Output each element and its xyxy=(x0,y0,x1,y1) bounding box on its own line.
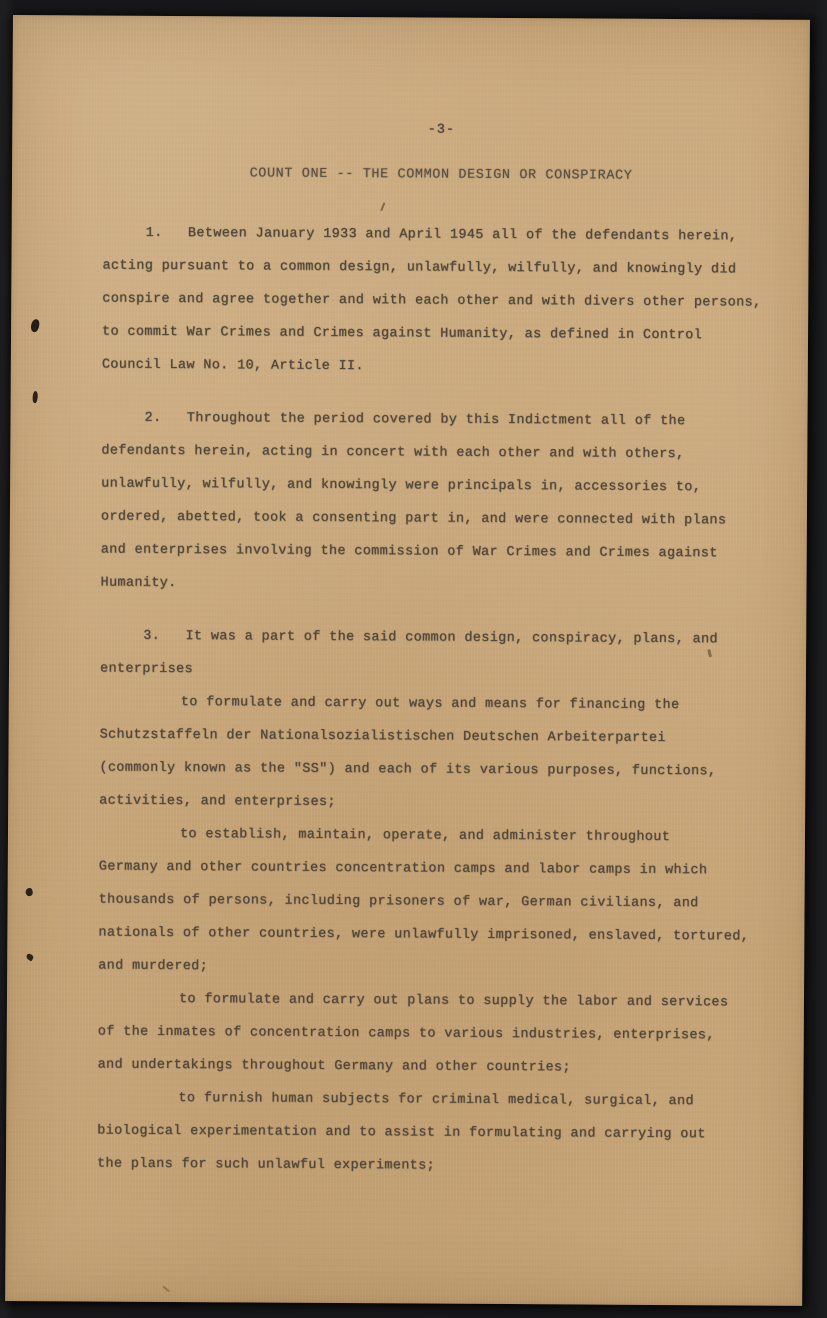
text-line: to furnish human subjects for criminal m… xyxy=(97,1082,773,1119)
text-line: defendants herein, acting in concert wit… xyxy=(101,435,777,472)
text-line: activities, and enterprises; xyxy=(99,785,775,822)
text-line: Humanity. xyxy=(100,567,776,604)
paragraph: 3. It was a part of the said common desi… xyxy=(97,620,776,1185)
document-heading: COUNT ONE -- THE COMMON DESIGN OR CONSPI… xyxy=(103,166,779,185)
text-line: Schutzstaffeln der Nationalsozialistisch… xyxy=(100,719,776,756)
text-line: Council Law No. 10, Article II. xyxy=(102,349,778,386)
text-line: to formulate and carry out ways and mean… xyxy=(100,686,776,723)
stray-mark xyxy=(380,202,385,211)
text-line: nationals of other countries, were unlaw… xyxy=(98,917,774,954)
text-line: and enterprises involving the commission… xyxy=(101,534,777,571)
text-line: of the inmates of concentration camps to… xyxy=(98,1016,774,1053)
paragraph: 1. Between January 1933 and April 1945 a… xyxy=(102,217,779,386)
text-line: acting pursuant to a common design, unla… xyxy=(102,250,778,287)
text-line: the plans for such unlawful experiments; xyxy=(97,1148,773,1185)
paper-fiber xyxy=(163,1286,170,1292)
scan-background: -3- COUNT ONE -- THE COMMON DESIGN OR CO… xyxy=(0,0,827,1318)
text-line: enterprises xyxy=(100,653,776,690)
text-line: (commonly known as the "SS") and each of… xyxy=(99,752,775,789)
text-line: to formulate and carry out plans to supp… xyxy=(98,983,774,1020)
text-line: biological experimentation and to assist… xyxy=(97,1115,773,1152)
ink-speck xyxy=(25,953,34,962)
text-line: 1. Between January 1933 and April 1945 a… xyxy=(103,217,779,254)
text-line: 2. Throughout the period covered by this… xyxy=(101,402,777,439)
text-line: Germany and other countries concentratio… xyxy=(99,851,775,888)
page-number: -3- xyxy=(103,121,779,140)
document-page: -3- COUNT ONE -- THE COMMON DESIGN OR CO… xyxy=(5,15,810,1306)
text-line: ordered, abetted, took a consenting part… xyxy=(101,501,777,538)
text-line: conspire and agree together and with eac… xyxy=(102,283,778,320)
text-line: unlawfully, wilfully, and knowingly were… xyxy=(101,468,777,505)
document-body: 1. Between January 1933 and April 1945 a… xyxy=(97,217,779,1185)
ink-speck xyxy=(32,391,38,403)
text-line: to commit War Crimes and Crimes against … xyxy=(102,316,778,353)
ink-speck xyxy=(25,887,33,896)
text-line: and murdered; xyxy=(98,950,774,987)
text-line: to establish, maintain, operate, and adm… xyxy=(99,818,775,855)
paragraph: 2. Throughout the period covered by this… xyxy=(100,402,777,604)
ink-speck xyxy=(30,318,41,333)
text-line: 3. It was a part of the said common desi… xyxy=(100,620,776,657)
text-line: thousands of persons, including prisoner… xyxy=(98,884,774,921)
text-line: and undertakings throughout Germany and … xyxy=(97,1049,773,1086)
